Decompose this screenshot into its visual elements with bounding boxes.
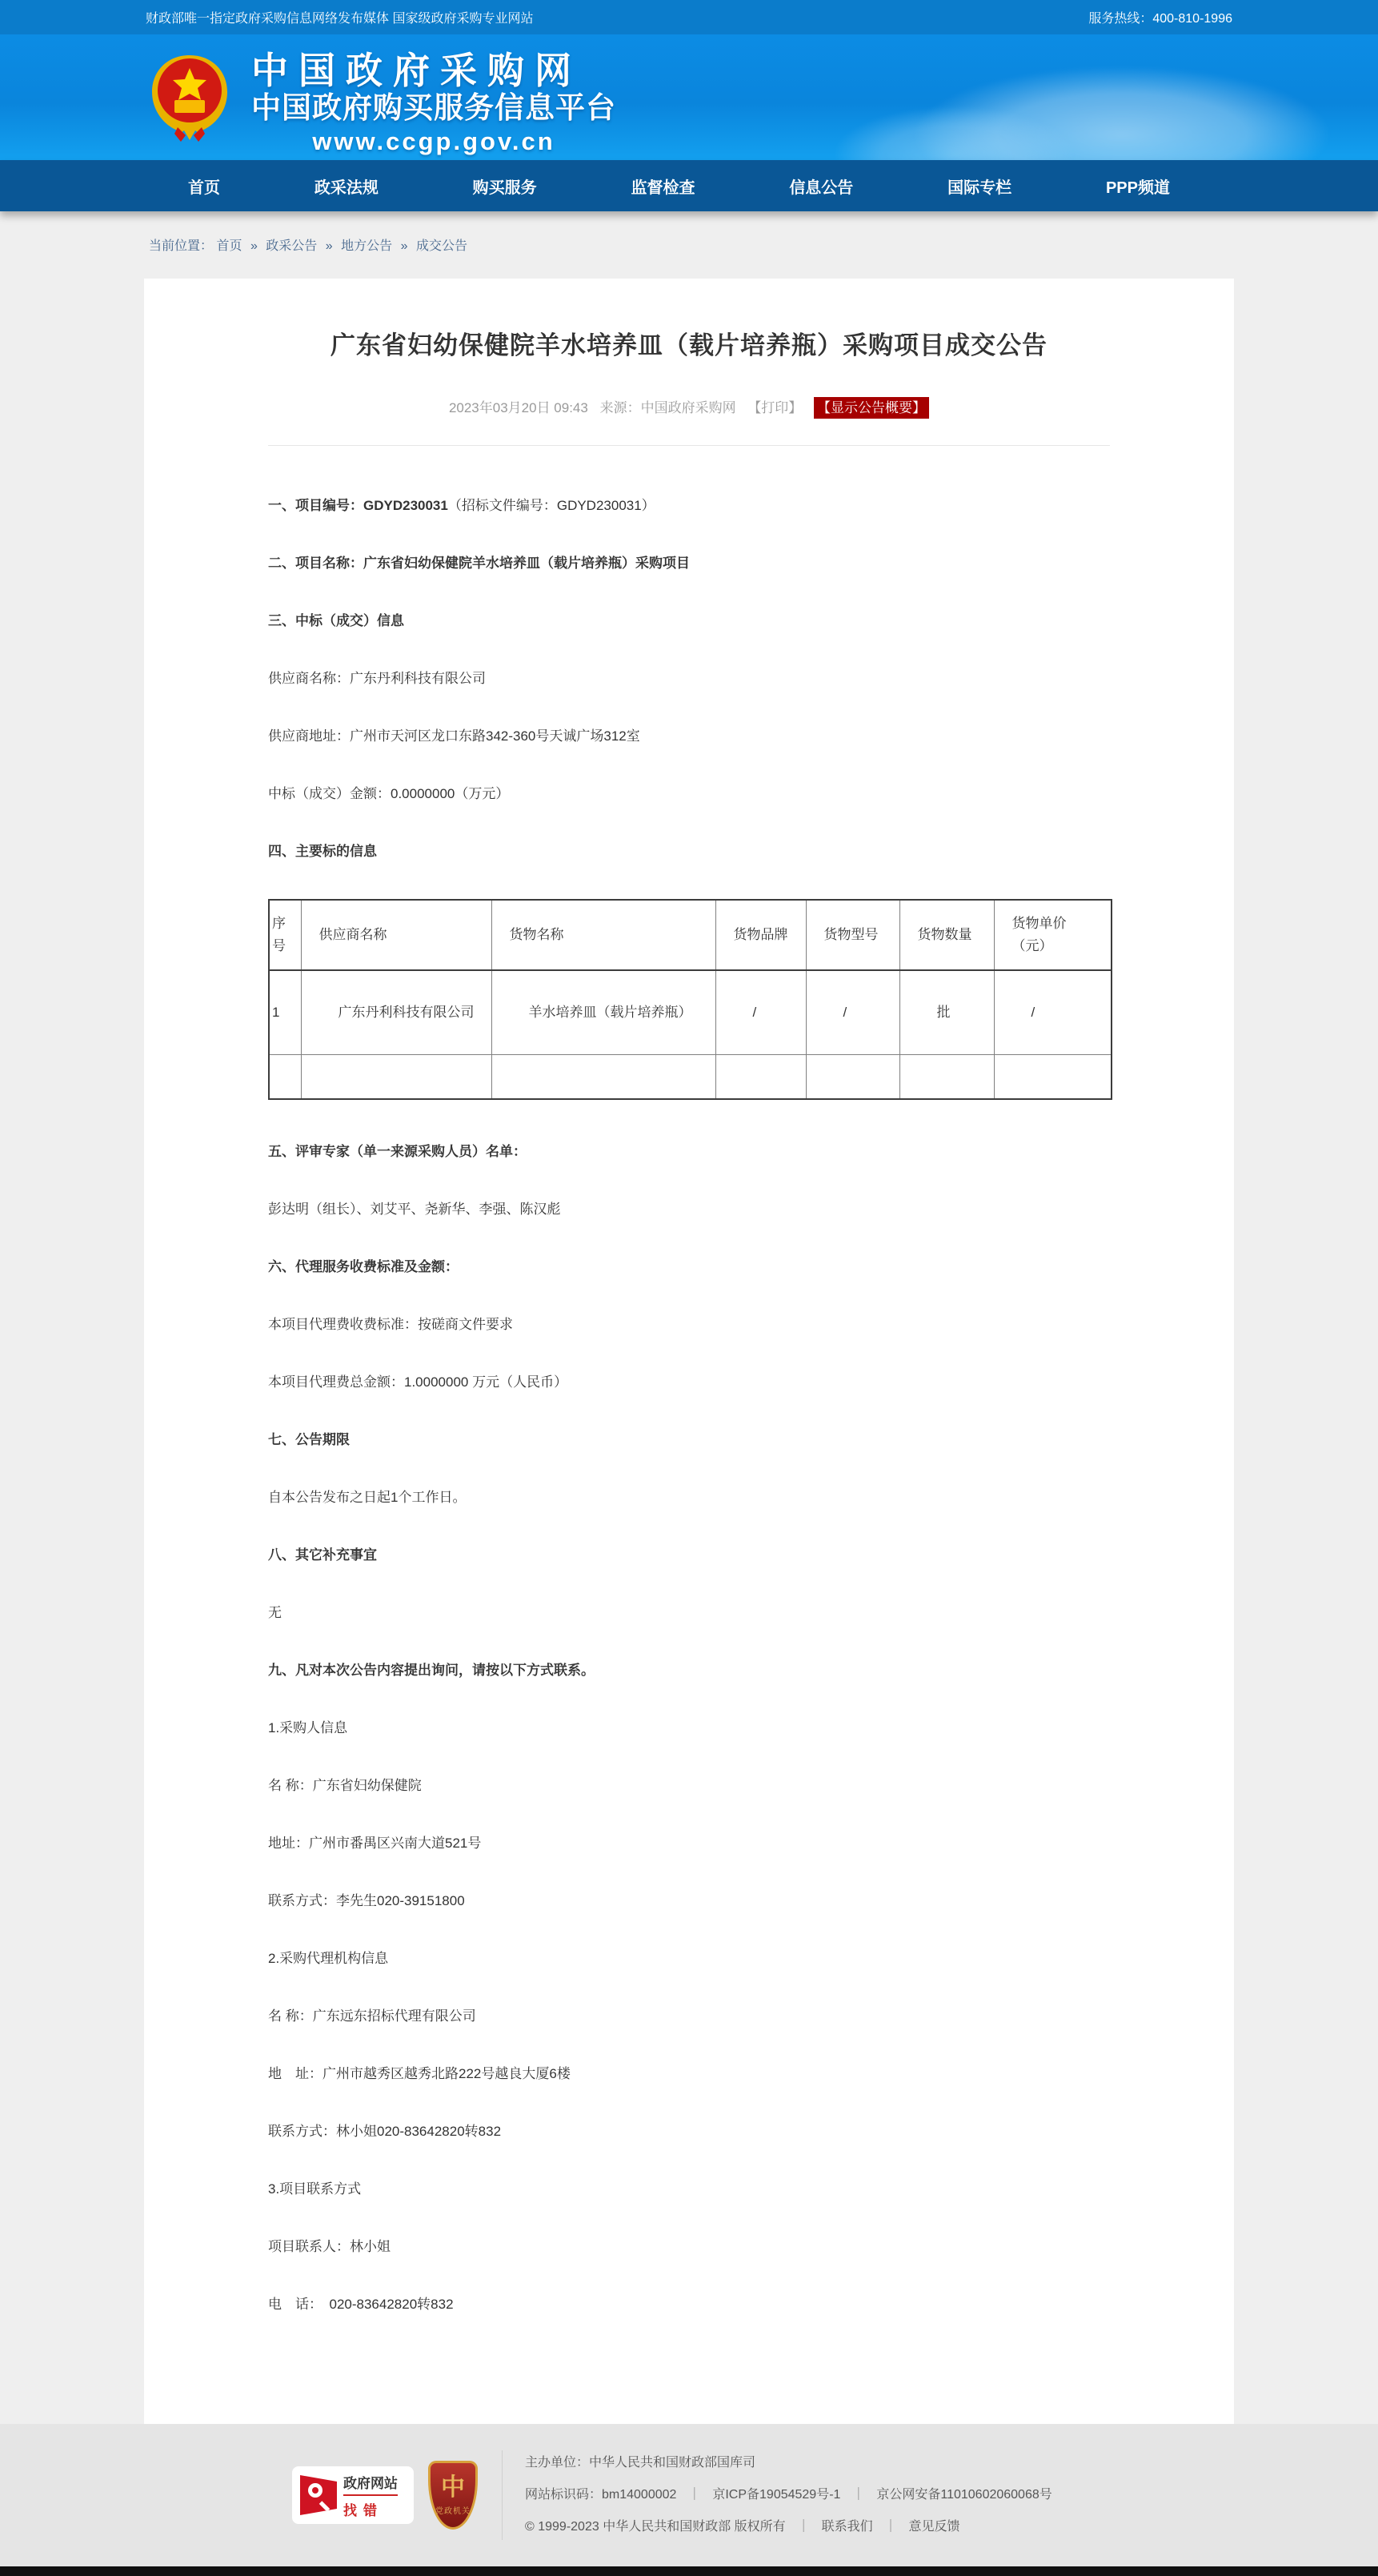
party-gov-badge-label: 党政机关 (435, 2504, 471, 2516)
nav-item-supervision[interactable]: 监督检查 (631, 175, 695, 198)
main-nav: 首页 政采法规 购买服务 监督检查 信息公告 国际专栏 PPP频道 (0, 160, 1378, 211)
other-matters: 无 (268, 1603, 1110, 1623)
site-title: 中国政府采购网 (251, 50, 616, 90)
agency-contact: 联系方式：林小姐020-83642820转832 (268, 2121, 1110, 2141)
contact-us-link[interactable]: 联系我们 (822, 2520, 873, 2534)
cell-model: / (806, 970, 899, 1054)
site-logo: 中国政府采购网 中国政府购买服务信息平台 www.ccgp.gov.cn (251, 50, 616, 158)
host-unit-line: 主办单位：中华人民共和国财政部国库司 (525, 2447, 1052, 2479)
service-hotline: 服务热线：400-810-1996 (1088, 8, 1232, 26)
page-title: 广东省妇幼保健院羊水培养皿（载片培养瓶）采购项目成交公告 (268, 325, 1110, 361)
site-slogan: 财政部唯一指定政府采购信息网络发布媒体 国家级政府采购专业网站 (146, 8, 533, 26)
footer-text: 主办单位：中华人民共和国财政部国库司 网站标识码：bm14000002 ｜ 京I… (525, 2447, 1052, 2543)
article-source: 来源：中国政府采购网 (600, 400, 736, 415)
col-header-unit-price: 货物单价（元） (994, 900, 1112, 970)
breadcrumb-home[interactable]: 首页 (216, 239, 242, 253)
cell-goods-name: 羊水培养皿（载片培养瓶） (491, 970, 715, 1054)
error-badge-line1: 政府网站 (343, 2472, 398, 2496)
buyer-name: 名 称：广东省妇幼保健院 (268, 1776, 1110, 1796)
project-contact-person: 项目联系人：林小姐 (268, 2237, 1110, 2257)
site-url: www.ccgp.gov.cn (251, 126, 616, 158)
breadcrumb: 当前位置： 首页 » 政采公告 » 地方公告 » 成交公告 (144, 211, 1234, 279)
footer-divider (502, 2450, 503, 2540)
section-main-subject: 四、主要标的信息 (268, 841, 1110, 861)
cell-unit-price: / (994, 970, 1112, 1054)
feedback-link[interactable]: 意见反馈 (909, 2520, 960, 2534)
site-subtitle: 中国政府购买服务信息平台 (251, 90, 616, 126)
gov-site-error-report-badge[interactable]: 政府网站 找错 (292, 2466, 414, 2524)
article-body: 一、项目编号：GDYD230031（招标文件编号：GDYD230031） 二、项… (268, 496, 1110, 2314)
breadcrumb-award-notices[interactable]: 成交公告 (416, 239, 467, 253)
section-agency-fee: 六、代理服务收费标准及金额： (268, 1257, 1110, 1277)
fee-standard: 本项目代理费收费标准：按磋商文件要求 (268, 1314, 1110, 1334)
top-bar: 财政部唯一指定政府采购信息网络发布媒体 国家级政府采购专业网站 服务热线：400… (0, 0, 1378, 34)
subject-info-table: 序号 供应商名称 货物名称 货物品牌 货物型号 货物数量 货物单价（元） 1 广… (268, 899, 1112, 1100)
supplier-name: 供应商名称：广东丹利科技有限公司 (268, 668, 1110, 688)
col-header-quantity: 货物数量 (899, 900, 994, 970)
copyright-line: © 1999-2023 中华人民共和国财政部 版权所有 ｜ 联系我们 ｜ 意见反… (525, 2511, 1052, 2543)
nav-item-home[interactable]: 首页 (188, 175, 220, 198)
nav-item-ppp[interactable]: PPP频道 (1106, 175, 1170, 198)
nav-item-announcements[interactable]: 信息公告 (789, 175, 853, 198)
breadcrumb-procurement-notices[interactable]: 政采公告 (266, 239, 317, 253)
breadcrumb-separator: » (250, 239, 258, 253)
national-emblem-icon (146, 50, 234, 145)
nav-item-regulations[interactable]: 政采法规 (314, 175, 379, 198)
party-gov-org-badge[interactable]: 中 党政机关 (428, 2461, 478, 2530)
section-project-name: 二、项目名称：广东省妇幼保健院羊水培养皿（载片培养瓶）采购项目 (268, 553, 1110, 573)
cell-quantity: 批 (899, 970, 994, 1054)
show-summary-button[interactable]: 【显示公告概要】 (814, 397, 929, 419)
publish-datetime: 2023年03月20日 09:43 (449, 400, 588, 415)
nav-item-purchase-services[interactable]: 购买服务 (473, 175, 537, 198)
buyer-contact: 联系方式：李先生020-39151800 (268, 1891, 1110, 1911)
section-contact: 九、凡对本次公告内容提出询问，请按以下方式联系。 (268, 1660, 1110, 1680)
site-id-line: 网站标识码：bm14000002 ｜ 京ICP备19054529号-1 ｜ 京公… (525, 2479, 1052, 2511)
bottom-edge-bar (0, 2566, 1378, 2576)
page-footer: 政府网站 找错 中 党政机关 主办单位：中华人民共和国财政部国库司 网站标识码：… (0, 2424, 1378, 2566)
supplier-address: 供应商地址：广州市天河区龙口东路342-360号天诚广场312室 (268, 726, 1110, 746)
project-contact-heading: 3.项目联系方式 (268, 2179, 1110, 2199)
section-experts: 五、评审专家（单一来源采购人员）名单： (268, 1142, 1110, 1162)
buyer-info-heading: 1.采购人信息 (268, 1718, 1110, 1738)
col-header-model: 货物型号 (806, 900, 899, 970)
experts-list: 彭达明（组长）、刘艾平、尧新华、李强、陈汉彪 (268, 1199, 1110, 1219)
breadcrumb-separator: » (326, 239, 333, 253)
site-header: 中国政府采购网 中国政府购买服务信息平台 www.ccgp.gov.cn (0, 34, 1378, 160)
cell-seq: 1 (269, 970, 301, 1054)
print-button[interactable]: 【打印】 (747, 400, 802, 415)
table-header-row: 序号 供应商名称 货物名称 货物品牌 货物型号 货物数量 货物单价（元） (269, 900, 1112, 970)
article-meta: 2023年03月20日 09:43 来源：中国政府采购网 【打印】 【显示公告概… (268, 396, 1110, 446)
award-amount: 中标（成交）金额：0.0000000（万元） (268, 784, 1110, 804)
party-gov-emblem-icon: 中 (441, 2475, 465, 2501)
col-header-seq: 序号 (269, 900, 301, 970)
agency-info-heading: 2.采购代理机构信息 (268, 1948, 1110, 1968)
section-notice-period: 七、公告期限 (268, 1430, 1110, 1450)
buyer-address: 地址：广州市番禺区兴南大道521号 (268, 1833, 1110, 1853)
cell-supplier: 广东丹利科技有限公司 (301, 970, 491, 1054)
col-header-goods-name: 货物名称 (491, 900, 715, 970)
copyright-text: © 1999-2023 中华人民共和国财政部 版权所有 (525, 2520, 786, 2534)
error-badge-line2: 找错 (343, 2499, 398, 2519)
breadcrumb-local-notices[interactable]: 地方公告 (341, 239, 392, 253)
project-contact-phone: 电 话： 020-83642820转832 (268, 2294, 1110, 2314)
error-report-flag-icon (300, 2475, 337, 2515)
icp-license-link[interactable]: 京ICP备19054529号-1 (712, 2488, 840, 2502)
magnifier-icon (308, 2483, 322, 2498)
table-row-empty (269, 1054, 1112, 1099)
nav-item-international[interactable]: 国际专栏 (947, 175, 1011, 198)
agency-address: 地 址：广州市越秀区越秀北路222号越良大厦6楼 (268, 2064, 1110, 2084)
section-project-number: 一、项目编号：GDYD230031（招标文件编号：GDYD230031） (268, 496, 1110, 516)
section-award-info: 三、中标（成交）信息 (268, 611, 1110, 631)
agency-name: 名 称：广东远东招标代理有限公司 (268, 2006, 1110, 2026)
fee-total: 本项目代理费总金额：1.0000000 万元（人民币） (268, 1372, 1110, 1392)
cell-brand: / (715, 970, 806, 1054)
table-row: 1 广东丹利科技有限公司 羊水培养皿（载片培养瓶） / / 批 / (269, 970, 1112, 1054)
breadcrumb-label: 当前位置： (149, 239, 213, 253)
site-code: 网站标识码：bm14000002 (525, 2488, 676, 2502)
col-header-brand: 货物品牌 (715, 900, 806, 970)
security-filing-link[interactable]: 京公网安备11010602060068号 (876, 2488, 1052, 2502)
notice-period: 自本公告发布之日起1个工作日。 (268, 1487, 1110, 1507)
section-other-matters: 八、其它补充事宜 (268, 1545, 1110, 1565)
col-header-supplier: 供应商名称 (301, 900, 491, 970)
breadcrumb-separator: » (401, 239, 408, 253)
announcement-panel: 广东省妇幼保健院羊水培养皿（载片培养瓶）采购项目成交公告 2023年03月20日… (144, 279, 1234, 2424)
